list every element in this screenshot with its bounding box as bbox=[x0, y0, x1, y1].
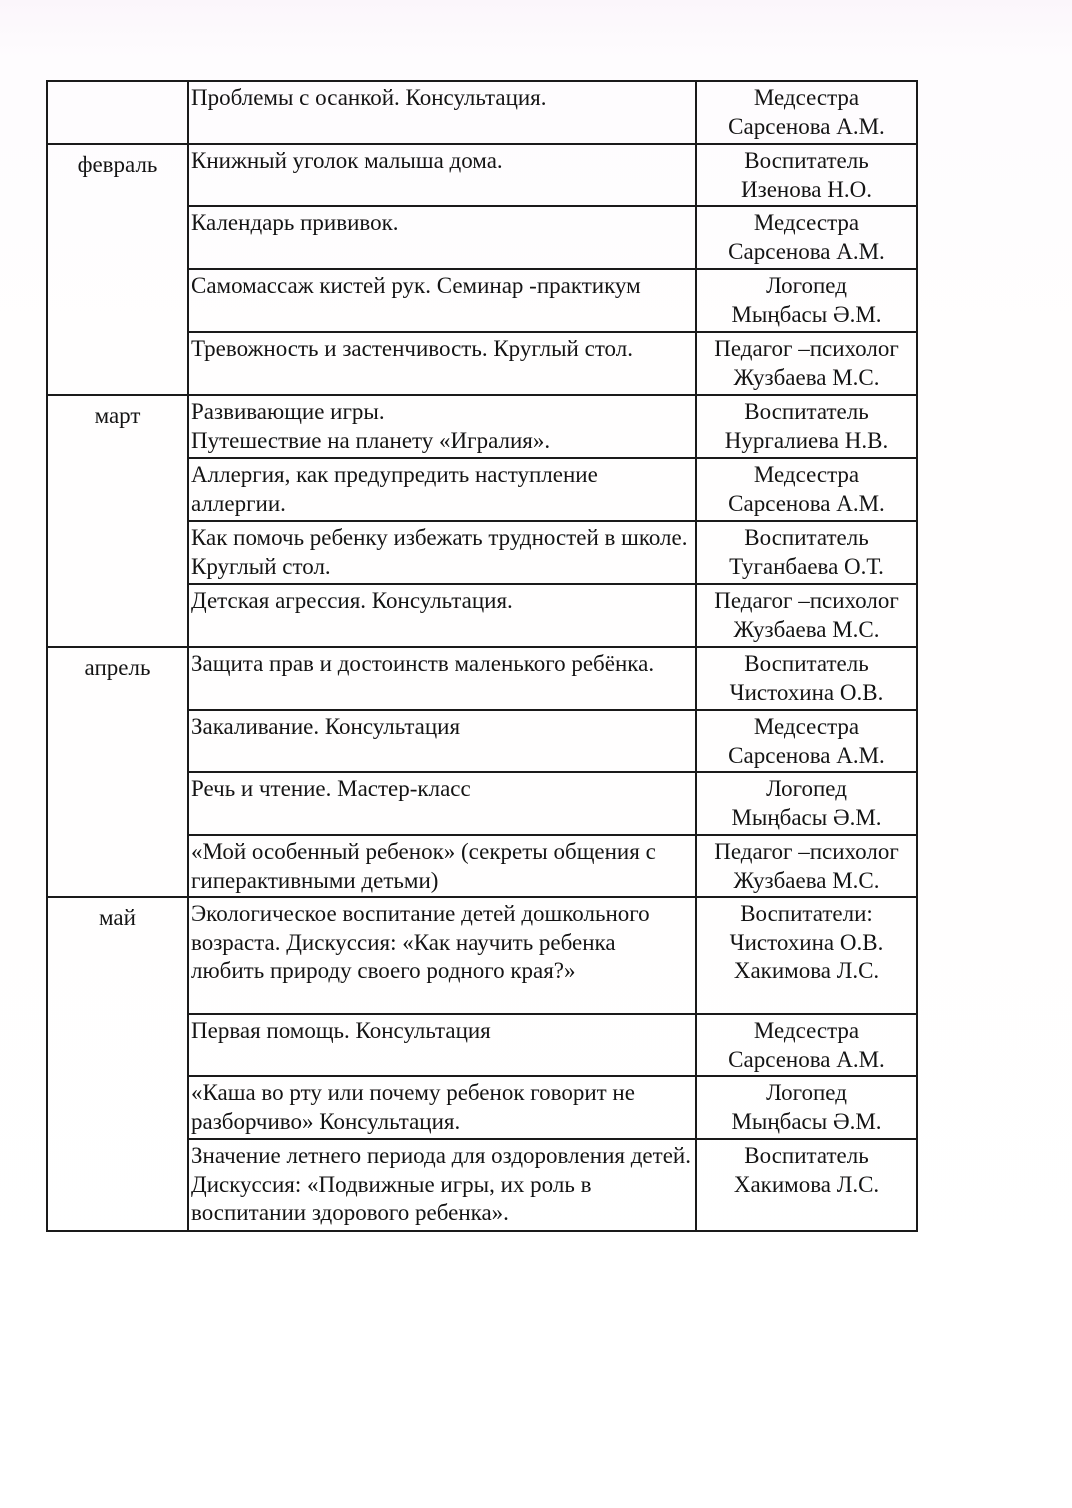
responsible-role: Воспитатель bbox=[697, 398, 916, 427]
responsible-cell: ЛогопедМыңбасы Ә.М. bbox=[696, 269, 917, 332]
table-row: майЭкологическое воспитание детей дошкол… bbox=[47, 897, 917, 1014]
topic-text: Аллергия, как предупредить наступление а… bbox=[191, 461, 693, 518]
responsible-cell: ВоспитательНургалиева Н.В. bbox=[696, 395, 917, 458]
topic-cell: Закаливание. Консультация bbox=[188, 710, 696, 772]
topic-text: Закаливание. Консультация bbox=[191, 713, 693, 742]
topic-text: Детская агрессия. Консультация. bbox=[191, 587, 693, 616]
topic-text: «Каша во рту или почему ребенок говорит … bbox=[191, 1079, 693, 1136]
topic-cell: «Каша во рту или почему ребенок говорит … bbox=[188, 1076, 696, 1139]
responsible-name: Хакимова Л.С. bbox=[697, 957, 916, 986]
topic-text: Значение летнего периода для оздоровлени… bbox=[191, 1142, 693, 1228]
responsible-name: Сарсенова А.М. bbox=[697, 490, 916, 519]
responsible-role: Педагог –психолог bbox=[697, 587, 916, 616]
topic-cell: Детская агрессия. Консультация. bbox=[188, 584, 696, 647]
topic-cell: Речь и чтение. Мастер-класс bbox=[188, 772, 696, 835]
responsible-name: Чистохина О.В. bbox=[697, 929, 916, 958]
responsible-name: Жузбаева М.С. bbox=[697, 616, 916, 645]
topic-cell: «Мой особенный ребенок» (секреты общения… bbox=[188, 835, 696, 897]
work-plan-table: Проблемы с осанкой. Консультация.Медсест… bbox=[46, 80, 918, 1232]
topic-cell: Первая помощь. Консультация bbox=[188, 1014, 696, 1076]
topic-text: Как помочь ребенку избежать трудностей в… bbox=[191, 524, 693, 581]
topic-cell: Развивающие игры. Путешествие на планету… bbox=[188, 395, 696, 458]
responsible-role: Медсестра bbox=[697, 209, 916, 238]
topic-cell: Календарь прививок. bbox=[188, 206, 696, 269]
topic-cell: Значение летнего периода для оздоровлени… bbox=[188, 1139, 696, 1231]
responsible-name: Сарсенова А.М. bbox=[697, 113, 916, 142]
topic-text: Самомассаж кистей рук. Семинар -практику… bbox=[191, 272, 693, 301]
responsible-name: Мыңбасы Ә.М. bbox=[697, 1108, 916, 1137]
topic-text: Экологическое воспитание детей дошкольно… bbox=[191, 900, 693, 986]
responsible-role: Воспитатель bbox=[697, 1142, 916, 1171]
month-cell bbox=[47, 81, 188, 144]
responsible-role: Воспитатель bbox=[697, 524, 916, 553]
responsible-name: Жузбаева М.С. bbox=[697, 364, 916, 393]
responsible-role: Логопед bbox=[697, 775, 916, 804]
topic-cell: Проблемы с осанкой. Консультация. bbox=[188, 81, 696, 144]
topic-text: Речь и чтение. Мастер-класс bbox=[191, 775, 693, 804]
month-cell: май bbox=[47, 897, 188, 1231]
table-row: апрельЗащита прав и достоинств маленьког… bbox=[47, 647, 917, 710]
responsible-cell: МедсестраСарсенова А.М. bbox=[696, 206, 917, 269]
scanned-page: Проблемы с осанкой. Консультация.Медсест… bbox=[0, 0, 1072, 1508]
responsible-role: Педагог –психолог bbox=[697, 335, 916, 364]
responsible-name: Сарсенова А.М. bbox=[697, 742, 916, 771]
responsible-name: Сарсенова А.М. bbox=[697, 238, 916, 267]
topic-cell: Как помочь ребенку избежать трудностей в… bbox=[188, 521, 696, 584]
responsible-cell: ЛогопедМыңбасы Ә.М. bbox=[696, 772, 917, 835]
topic-cell: Тревожность и застенчивость. Круглый сто… bbox=[188, 332, 696, 395]
responsible-cell: ВоспитательЧистохина О.В. bbox=[696, 647, 917, 710]
responsible-name: Сарсенова А.М. bbox=[697, 1046, 916, 1075]
responsible-name: Изенова Н.О. bbox=[697, 176, 916, 205]
responsible-cell: МедсестраСарсенова А.М. bbox=[696, 81, 917, 144]
responsible-name: Туганбаева О.Т. bbox=[697, 553, 916, 582]
responsible-cell: ВоспитательИзенова Н.О. bbox=[696, 144, 917, 206]
responsible-role: Медсестра bbox=[697, 84, 916, 113]
responsible-role: Воспитатель bbox=[697, 650, 916, 679]
responsible-cell: Воспитатели:Чистохина О.В.Хакимова Л.С. bbox=[696, 897, 917, 1014]
table-row: мартРазвивающие игры. Путешествие на пла… bbox=[47, 395, 917, 458]
responsible-cell: ЛогопедМыңбасы Ә.М. bbox=[696, 1076, 917, 1139]
responsible-cell: МедсестраСарсенова А.М. bbox=[696, 710, 917, 772]
topic-cell: Защита прав и достоинств маленького ребё… bbox=[188, 647, 696, 710]
topic-cell: Аллергия, как предупредить наступление а… bbox=[188, 458, 696, 521]
topic-text: Первая помощь. Консультация bbox=[191, 1017, 693, 1046]
responsible-role: Воспитатель bbox=[697, 147, 916, 176]
topic-text: «Мой особенный ребенок» (секреты общения… bbox=[191, 838, 693, 895]
topic-text: Проблемы с осанкой. Консультация. bbox=[191, 84, 693, 113]
topic-cell: Самомассаж кистей рук. Семинар -практику… bbox=[188, 269, 696, 332]
month-cell: март bbox=[47, 395, 188, 647]
topic-cell: Экологическое воспитание детей дошкольно… bbox=[188, 897, 696, 1014]
responsible-role: Педагог –психолог bbox=[697, 838, 916, 867]
responsible-role: Медсестра bbox=[697, 1017, 916, 1046]
responsible-cell: ВоспитательТуганбаева О.Т. bbox=[696, 521, 917, 584]
responsible-cell: Педагог –психологЖузбаева М.С. bbox=[696, 332, 917, 395]
topic-text: Защита прав и достоинств маленького ребё… bbox=[191, 650, 693, 679]
responsible-name: Жузбаева М.С. bbox=[697, 867, 916, 896]
topic-text: Календарь прививок. bbox=[191, 209, 693, 238]
responsible-role: Медсестра bbox=[697, 713, 916, 742]
table-row: Проблемы с осанкой. Консультация.Медсест… bbox=[47, 81, 917, 144]
topic-text: Тревожность и застенчивость. Круглый сто… bbox=[191, 335, 693, 364]
responsible-role: Логопед bbox=[697, 272, 916, 301]
responsible-cell: Педагог –психологЖузбаева М.С. bbox=[696, 835, 917, 897]
responsible-name: Мыңбасы Ә.М. bbox=[697, 301, 916, 330]
responsible-role: Медсестра bbox=[697, 461, 916, 490]
responsible-name: Нургалиева Н.В. bbox=[697, 427, 916, 456]
responsible-name: Чистохина О.В. bbox=[697, 679, 916, 708]
responsible-name: Мыңбасы Ә.М. bbox=[697, 804, 916, 833]
topic-cell: Книжный уголок малыша дома. bbox=[188, 144, 696, 206]
responsible-role: Логопед bbox=[697, 1079, 916, 1108]
work-plan-table-body: Проблемы с осанкой. Консультация.Медсест… bbox=[47, 81, 917, 1231]
topic-text: Развивающие игры. Путешествие на планету… bbox=[191, 398, 693, 455]
table-row: февральКнижный уголок малыша дома.Воспит… bbox=[47, 144, 917, 206]
responsible-cell: МедсестраСарсенова А.М. bbox=[696, 458, 917, 521]
responsible-role: Воспитатели: bbox=[697, 900, 916, 929]
responsible-cell: Педагог –психологЖузбаева М.С. bbox=[696, 584, 917, 647]
responsible-cell: МедсестраСарсенова А.М. bbox=[696, 1014, 917, 1076]
month-cell: февраль bbox=[47, 144, 188, 395]
month-cell: апрель bbox=[47, 647, 188, 897]
responsible-cell: ВоспитательХакимова Л.С. bbox=[696, 1139, 917, 1231]
topic-text: Книжный уголок малыша дома. bbox=[191, 147, 693, 176]
responsible-name: Хакимова Л.С. bbox=[697, 1171, 916, 1200]
